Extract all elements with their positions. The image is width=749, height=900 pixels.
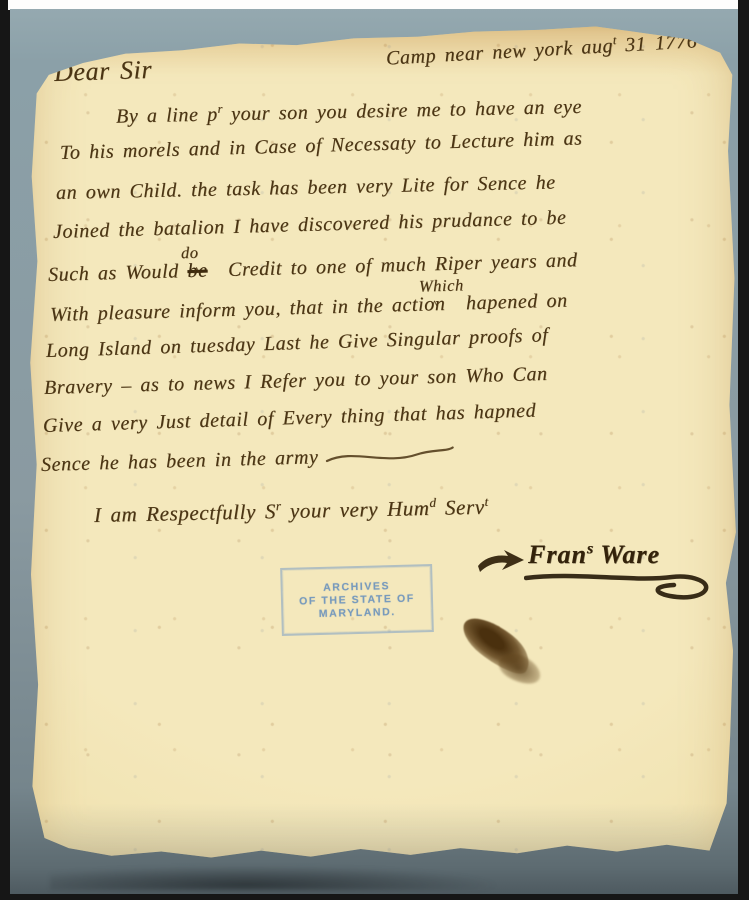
inserted-word-anchor: do^ xyxy=(207,256,220,276)
scan-frame: Camp near new york augt 31 1776 Dear Sir… xyxy=(0,0,749,900)
backing-shadow xyxy=(50,864,610,890)
body-line: an own Child. the task has been very Lit… xyxy=(56,172,556,205)
signature-flourish xyxy=(524,568,714,608)
pen-flourish xyxy=(324,444,455,470)
stamp-line: MARYLAND. xyxy=(319,606,396,620)
ink-blot xyxy=(450,622,546,694)
signature-block: Frans Ware xyxy=(474,540,724,570)
body-line: Give a very Just detail of Every thing t… xyxy=(43,400,537,438)
body-line: Such as Would bedo^ Credit to one of muc… xyxy=(48,246,578,287)
closing-line: I am Respectfully Sr your very Humd Serv… xyxy=(94,494,489,528)
stamp-line: ARCHIVES xyxy=(323,580,390,594)
body-line: With pleasure inform you, that in the ac… xyxy=(50,287,568,327)
letter-paper: Camp near new york augt 31 1776 Dear Sir… xyxy=(26,24,738,871)
body-line: By a line pr your son you desire me to h… xyxy=(116,94,582,128)
stamp-line: OF THE STATE OF xyxy=(299,592,415,607)
inserted-word: do xyxy=(181,243,199,263)
signature: Frans Ware xyxy=(528,540,660,569)
caret-mark: ^ xyxy=(193,264,200,280)
inserted-word: Which xyxy=(419,276,464,297)
body-line: Long Island on tuesday Last he Give Sing… xyxy=(46,324,549,363)
ink-dash-blot xyxy=(474,548,526,582)
body-line: Joined the batalion I have discovered hi… xyxy=(53,207,567,244)
body-line: To his morels and in Case of Necessaty t… xyxy=(60,127,583,165)
body-line: Bravery – as to news I Refer you to your… xyxy=(44,363,548,400)
body-line: Sence he has been in the army xyxy=(41,442,455,477)
archives-stamp: ARCHIVES OF THE STATE OF MARYLAND. xyxy=(280,564,434,636)
caret-mark: ^ xyxy=(431,297,438,313)
inserted-word-anchor: Which^ xyxy=(445,290,458,310)
